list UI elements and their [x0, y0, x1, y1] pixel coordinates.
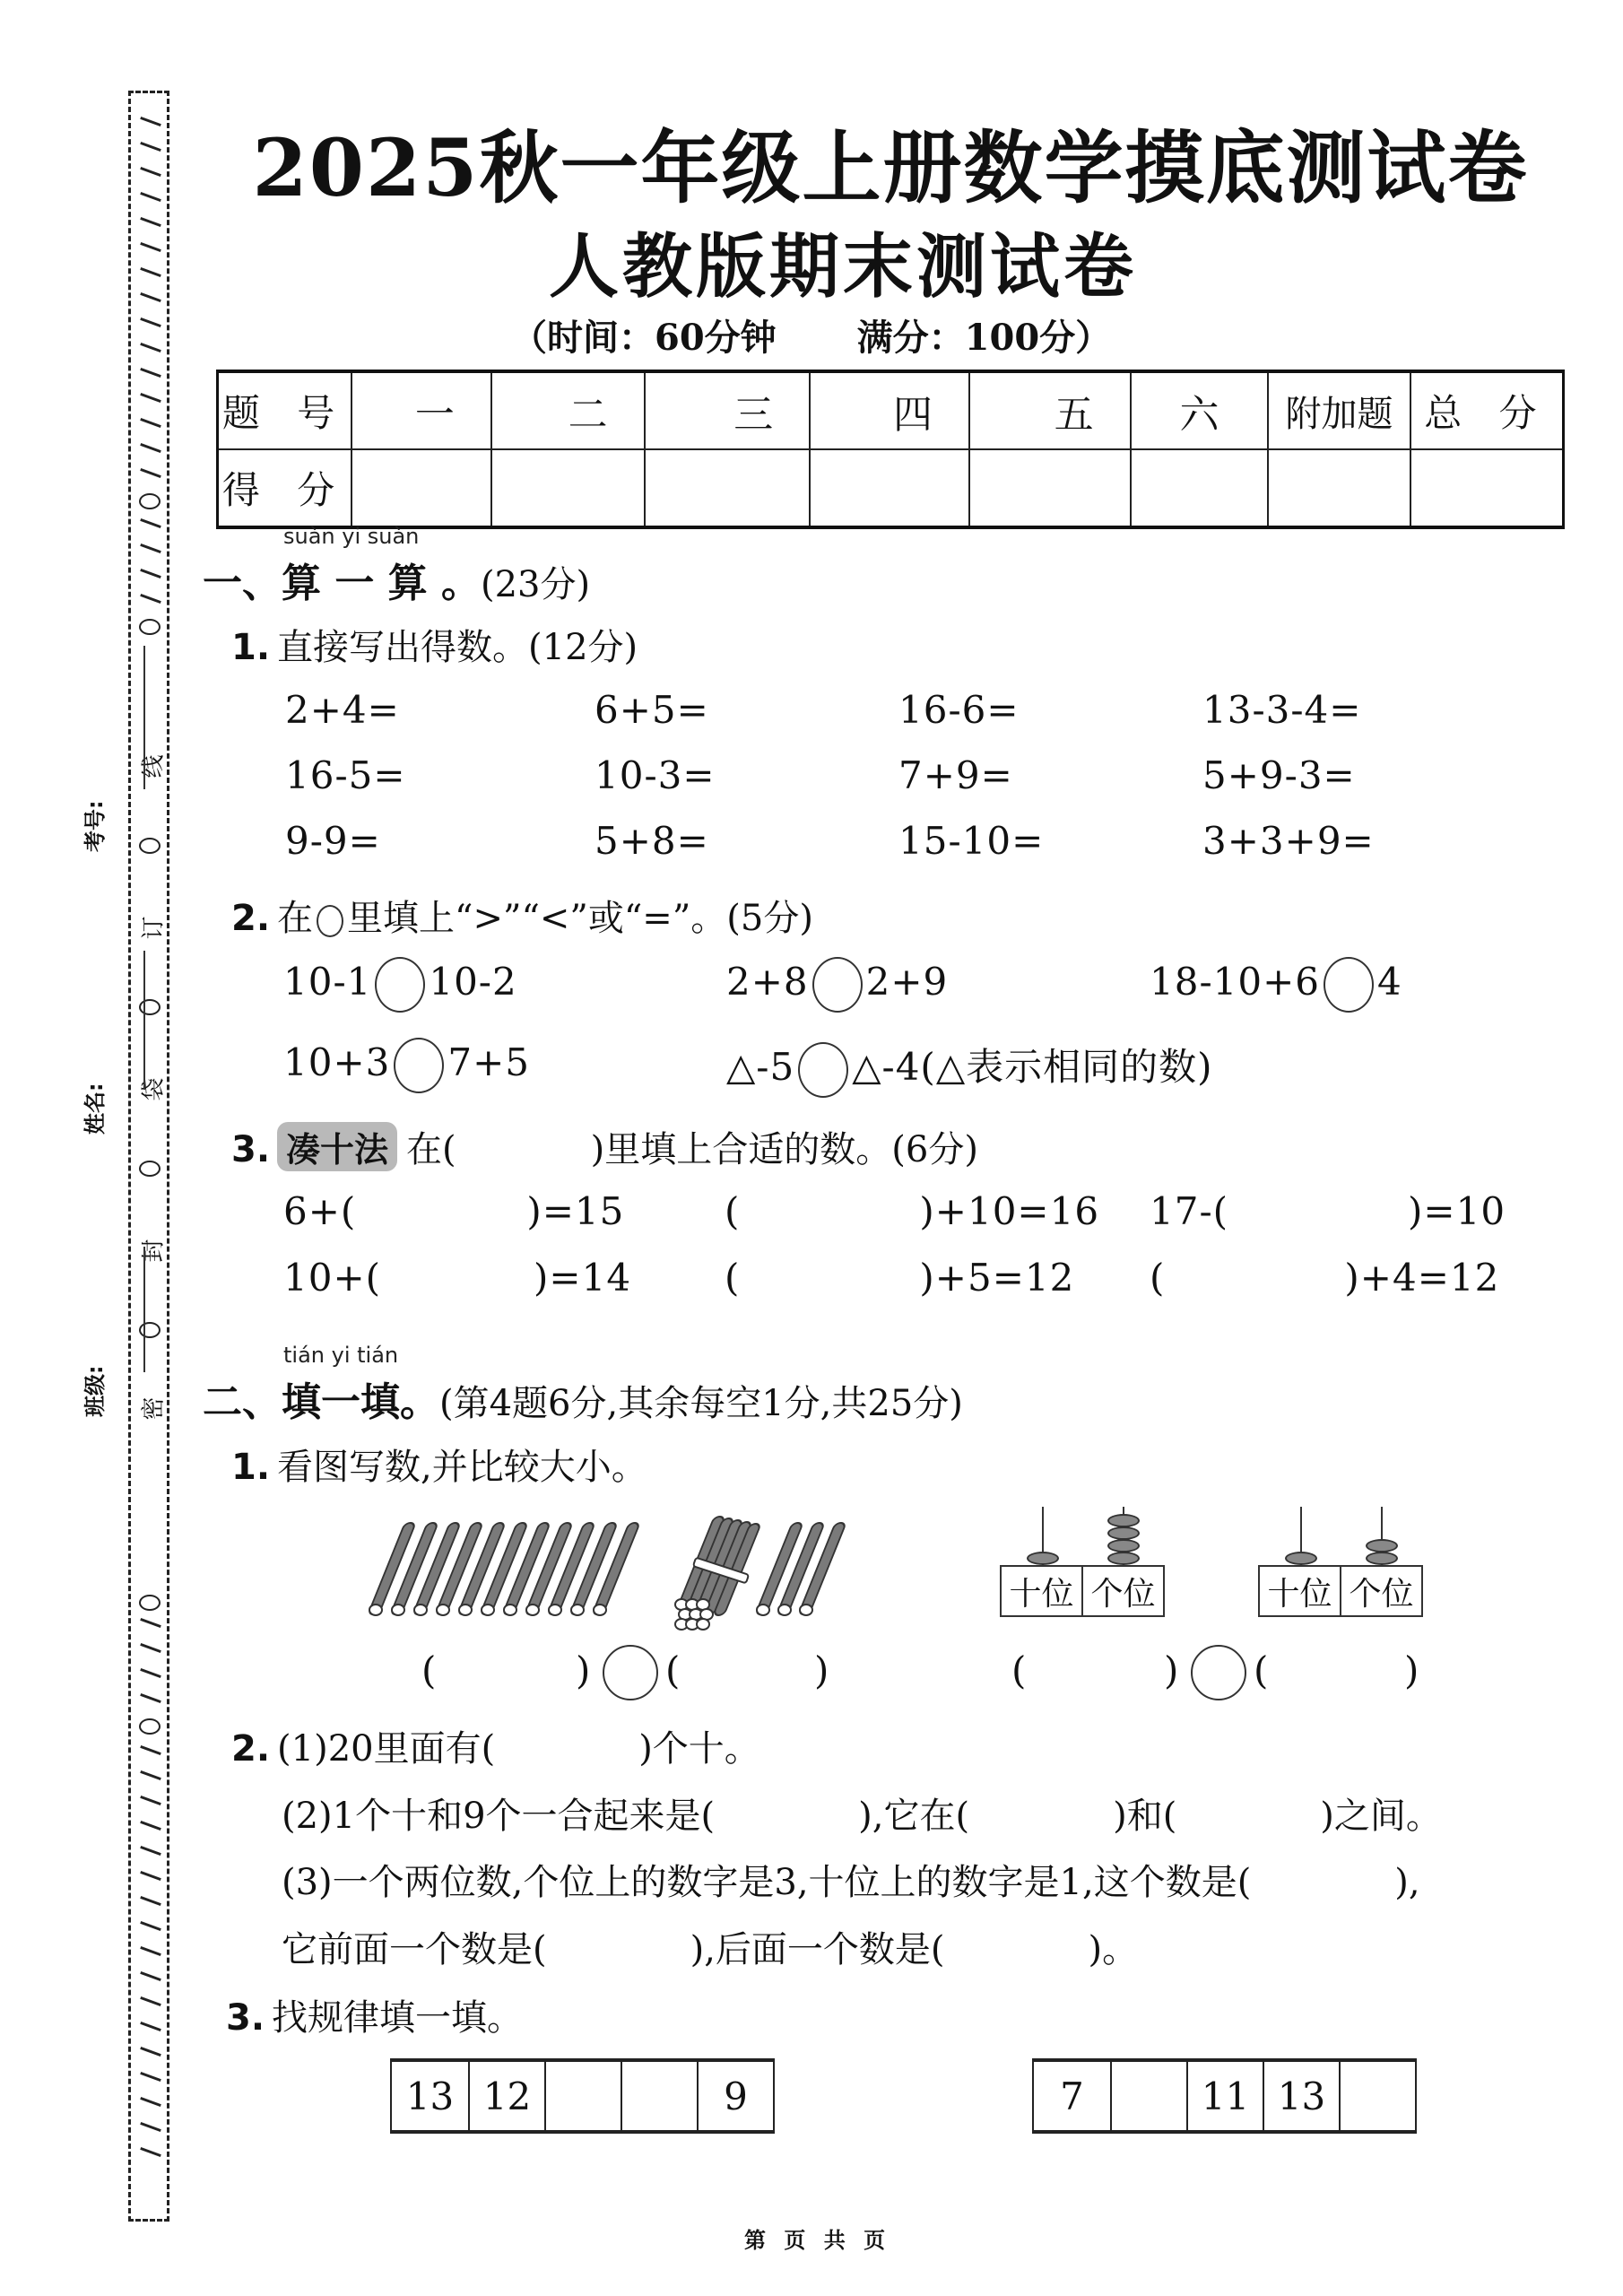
- col-5: 五: [969, 371, 1131, 449]
- page-title: 2025秋一年级上册数学摸底测试卷: [213, 106, 1567, 219]
- question-text: 直接写出得数。(12分): [277, 627, 638, 668]
- abacus-right: 十位个位: [1258, 1507, 1423, 1618]
- answer-circle[interactable]: [394, 1038, 444, 1093]
- hatch-mark: [140, 1745, 161, 1755]
- student-info-label: 班级:: [77, 1365, 108, 1417]
- abacus-bead-icon: [1366, 1552, 1398, 1565]
- abacus-bead-icon: [1107, 1552, 1140, 1565]
- hatch-mark: [140, 1668, 161, 1678]
- hatch-mark: [140, 1846, 161, 1856]
- answer-circle[interactable]: [1324, 957, 1374, 1013]
- question-text: )里填上合适的数。(6分): [591, 1129, 978, 1170]
- col-3: 三: [645, 371, 811, 449]
- hatch-mark: [140, 1921, 161, 1931]
- paren-close: ): [1164, 1648, 1178, 1692]
- question-number: 3.: [226, 1997, 265, 2039]
- expression: 15-10=: [898, 819, 1044, 863]
- sequence-value: 13: [392, 2062, 468, 2130]
- question-number: 2.: [231, 898, 270, 939]
- binding-hole-icon: [139, 1718, 161, 1735]
- hatch-mark: [140, 343, 161, 352]
- hatch-mark: [140, 569, 161, 578]
- comparison-item: △-5△-4(△表示相同的数): [726, 1038, 1213, 1098]
- col-4: 四: [810, 371, 969, 449]
- exam-info: （时间：60分钟满分：100分）: [511, 309, 1111, 361]
- binding-hole-icon: [139, 493, 161, 509]
- score-cell-3[interactable]: [645, 449, 811, 527]
- expression-suffix: )+4=12: [1344, 1256, 1499, 1300]
- expression: 16-5=: [285, 753, 406, 797]
- stick-end: [570, 1604, 585, 1616]
- method-tag: 凑十法: [277, 1122, 397, 1171]
- hatch-mark: [140, 594, 161, 604]
- hatch-mark: [140, 1796, 161, 1805]
- ones-label: 个位: [1081, 1567, 1163, 1615]
- s2-q1-heading: 1.看图写数,并比较大小。: [231, 1439, 647, 1490]
- hatch-mark: [140, 217, 161, 227]
- question-number: 1.: [231, 1447, 270, 1488]
- tens-label: 十位: [1002, 1567, 1081, 1615]
- expression: 10-3=: [595, 753, 716, 797]
- full-score: 满分：100分）: [857, 317, 1112, 359]
- hatch-mark: [140, 443, 161, 453]
- abacus-bead-icon: [1107, 1539, 1140, 1552]
- abacus-bead-icon: [1285, 1552, 1317, 1565]
- hatch-mark: [140, 1871, 161, 1881]
- paren-close: ): [814, 1648, 829, 1692]
- binding-strip-char: 封: [135, 1236, 169, 1266]
- score-cell-6[interactable]: [1131, 449, 1269, 527]
- paren-open: (: [421, 1648, 436, 1692]
- section2-points: (第4题6分,其余每空1分,共25分): [439, 1383, 963, 1424]
- write-line[interactable]: [143, 646, 145, 789]
- comparison-item: 18-10+64: [1150, 957, 1402, 1013]
- abacus-left: 十位个位: [1000, 1507, 1165, 1618]
- binding-hole-icon: [139, 1322, 161, 1338]
- score-cell-5[interactable]: [969, 449, 1131, 527]
- question-text: 在: [277, 898, 313, 939]
- stick-end: [391, 1604, 405, 1616]
- hatch-mark: [140, 1770, 161, 1780]
- s1-q2-heading: 2.在里填上“>”“<”或“=”。(5分): [231, 890, 813, 941]
- expression-prefix: (: [725, 1189, 740, 1233]
- left-expression: △-5: [726, 1045, 794, 1089]
- statement-text: 它前面一个数是( ),后面一个数是( )。: [282, 1929, 1138, 1970]
- binding-strip: 密封袋订线: [128, 91, 169, 2222]
- right-expression: 10-2: [429, 960, 516, 1004]
- write-line[interactable]: [143, 1247, 145, 1372]
- binding-hole-icon: [139, 999, 161, 1015]
- expression: 9-9=: [285, 819, 381, 863]
- hatch-mark: [140, 1643, 161, 1653]
- statement-line: 2.(1)20里面有( )个十。: [231, 1720, 760, 1771]
- sequence-blank[interactable]: [1339, 2062, 1415, 2130]
- question-text: 里填上“>”“<”或“=”。(5分): [347, 898, 813, 939]
- hatch-mark: [140, 1996, 161, 2006]
- statement-text: (2)1个十和9个一合起来是( ),它在( )和( )之间。: [282, 1796, 1442, 1837]
- section2-title: 二、填一填。: [203, 1379, 439, 1425]
- statement-line: 它前面一个数是( ),后面一个数是( )。: [282, 1921, 1138, 1972]
- question-number: 3.: [231, 1129, 270, 1170]
- paren-open: (: [665, 1648, 680, 1692]
- answer-circle[interactable]: [798, 1042, 848, 1098]
- compare-circle[interactable]: [603, 1645, 658, 1700]
- binding-strip-char: 袋: [135, 1074, 169, 1105]
- question-text: 在(: [406, 1129, 456, 1170]
- statement-text: (1)20里面有( )个十。: [277, 1728, 760, 1770]
- hatch-mark: [140, 393, 161, 403]
- question-text: 看图写数,并比较大小。: [277, 1447, 647, 1488]
- binding-hole-icon: [139, 619, 161, 635]
- expression-suffix: )=10: [1408, 1189, 1506, 1233]
- hatch-mark: [140, 2147, 161, 2157]
- hatch-mark: [140, 544, 161, 553]
- s1-q1-heading: 1.直接写出得数。(12分): [231, 619, 638, 670]
- section1-title: 一、算 一 算 。: [203, 561, 481, 606]
- question-number: 1.: [231, 627, 270, 668]
- sequence-boxes-right: 71113: [1032, 2058, 1417, 2134]
- hatch-mark: [140, 368, 161, 378]
- student-info-label: 姓名:: [77, 1083, 108, 1135]
- score-cell-4[interactable]: [810, 449, 969, 527]
- sequence-blank[interactable]: [621, 2062, 697, 2130]
- col-bonus: 附加题: [1268, 371, 1410, 449]
- expression-suffix: )=14: [534, 1256, 631, 1300]
- stick-end: [413, 1604, 428, 1616]
- score-cell-bonus[interactable]: [1268, 449, 1410, 527]
- sequence-value: 12: [468, 2062, 544, 2130]
- col-2: 二: [491, 371, 645, 449]
- binding-strip-char: 订: [135, 913, 169, 944]
- hatch-mark: [140, 418, 161, 428]
- hatch-mark: [140, 1693, 161, 1703]
- student-info-label: 考号:: [77, 800, 108, 852]
- section1-pinyin: suàn yi suàn: [283, 524, 419, 549]
- score-table: 题 号 一 二 三 四 五 六 附加题 总 分 得 分: [216, 370, 1565, 529]
- score-table-score-row: 得 分: [218, 449, 1564, 527]
- time-limit: （时间：60分钟: [511, 317, 777, 359]
- paren-close: ): [576, 1648, 590, 1692]
- compare-circle[interactable]: [1191, 1645, 1246, 1700]
- hatch-mark: [140, 468, 161, 478]
- section2-pinyin: tián yi tián: [283, 1343, 398, 1368]
- expression: 2+4=: [285, 688, 400, 732]
- expression: 13-3-4=: [1202, 688, 1361, 732]
- section2-heading: 二、填一填。(第4题6分,其余每空1分,共25分): [203, 1370, 963, 1427]
- answer-blank[interactable]: [439, 1648, 571, 1693]
- answer-blank[interactable]: [1029, 1648, 1159, 1693]
- stick-end: [503, 1604, 517, 1616]
- col-total: 总 分: [1410, 371, 1564, 449]
- abacus-bead-icon: [1027, 1552, 1059, 1565]
- statement-line: (2)1个十和9个一合起来是( ),它在( )和( )之间。: [282, 1787, 1442, 1839]
- stick-end: [756, 1604, 770, 1616]
- page-subtitle: 人教版期末测试卷: [502, 211, 1184, 311]
- fill-blank-item: ()+4=12: [1150, 1256, 1499, 1300]
- fill-blank-item: ()+10=16: [725, 1189, 1099, 1233]
- hatch-mark: [140, 167, 161, 177]
- left-expression: 10-1: [283, 960, 371, 1004]
- expression-prefix: 6+(: [283, 1189, 356, 1233]
- hatch-mark: [140, 2072, 161, 2082]
- fill-blank-item: 6+()=15: [283, 1189, 624, 1233]
- fill-blank-item: ()+5=12: [725, 1256, 1074, 1300]
- paren-open: (: [1011, 1648, 1026, 1692]
- hatch-mark: [140, 267, 161, 277]
- question-text: 找规律填一填。: [272, 1997, 523, 2039]
- hatch-mark: [140, 1896, 161, 1906]
- expression-suffix: )+5=12: [919, 1256, 1074, 1300]
- section1-points: (23分): [481, 564, 590, 605]
- stick-end: [548, 1604, 562, 1616]
- hatch-mark: [140, 192, 161, 202]
- section1-heading: 一、算 一 算 。(23分): [203, 551, 590, 608]
- binding-strip-char: 密: [135, 1394, 169, 1424]
- fill-blank-item: 17-()=10: [1150, 1189, 1506, 1233]
- expression: 3+3+9=: [1202, 819, 1375, 863]
- expression-prefix: 17-(: [1150, 1189, 1228, 1233]
- stick-end: [436, 1604, 450, 1616]
- comparison-item: 10+37+5: [283, 1038, 530, 1093]
- score-label: 得 分: [218, 449, 352, 527]
- abacus-bead-icon: [1107, 1514, 1140, 1527]
- write-line[interactable]: [143, 951, 145, 1090]
- stick-end: [369, 1604, 383, 1616]
- right-expression: △-4(△表示相同的数): [852, 1045, 1212, 1089]
- binding-hole-icon: [139, 1161, 161, 1177]
- expression-prefix: 10+(: [283, 1256, 381, 1300]
- stick-end: [458, 1604, 473, 1616]
- sequence-boxes-left: 13129: [390, 2058, 775, 2134]
- comparison-item: 2+82+9: [726, 957, 948, 1013]
- statement-line: (3)一个两位数,个位上的数字是3,十位上的数字是1,这个数是( ),: [282, 1854, 1420, 1905]
- binding-strip-char: 线: [135, 752, 169, 782]
- right-expression: 2+9: [866, 960, 949, 1004]
- hatch-mark: [140, 518, 161, 528]
- hatch-mark: [140, 1821, 161, 1831]
- place-value-labels: 十位个位: [1258, 1565, 1423, 1617]
- expression-prefix: (: [1150, 1256, 1165, 1300]
- ones-label: 个位: [1340, 1567, 1421, 1615]
- sequence-blank[interactable]: [544, 2062, 621, 2130]
- expression: 16-6=: [898, 688, 1020, 732]
- left-expression: 18-10+6: [1150, 960, 1320, 1004]
- bundle-end: [696, 1618, 710, 1631]
- score-cell-2[interactable]: [491, 449, 645, 527]
- statement-text: (3)一个两位数,个位上的数字是3,十位上的数字是1,这个数是( ),: [282, 1862, 1420, 1903]
- score-cell-1[interactable]: [352, 449, 491, 527]
- page-footer: 第 页 共 页: [744, 2222, 890, 2254]
- circle-icon: [317, 905, 343, 937]
- right-expression: 4: [1377, 960, 1402, 1004]
- hatch-mark: [140, 2022, 161, 2031]
- expression-suffix: )=15: [526, 1189, 624, 1233]
- sequence-blank[interactable]: [1110, 2062, 1186, 2130]
- answer-circle[interactable]: [375, 957, 425, 1013]
- abacus-bead-icon: [1107, 1526, 1140, 1540]
- hatch-mark: [140, 292, 161, 302]
- expression-prefix: (: [725, 1256, 740, 1300]
- fill-blank-item: 10+()=14: [283, 1256, 631, 1300]
- paren-close: ): [1404, 1648, 1419, 1692]
- question-number: 2.: [231, 1728, 270, 1770]
- expression-suffix: )+10=16: [919, 1189, 1099, 1233]
- stick-end: [799, 1604, 813, 1616]
- binding-hole-icon: [139, 1595, 161, 1611]
- col-6: 六: [1131, 371, 1269, 449]
- hatch-mark: [140, 317, 161, 327]
- hatch-mark: [140, 117, 161, 126]
- s2-q3-heading: 3.找规律填一填。: [226, 1989, 523, 2040]
- expression: 7+9=: [898, 753, 1013, 797]
- hatch-mark: [140, 1946, 161, 1956]
- stick-end: [593, 1604, 607, 1616]
- sequence-value: 9: [697, 2062, 773, 2130]
- hatch-mark: [140, 242, 161, 252]
- stick-end: [481, 1604, 495, 1616]
- expression: 5+9-3=: [1202, 753, 1356, 797]
- right-expression: 7+5: [447, 1040, 530, 1084]
- abacus-bead-icon: [1366, 1539, 1398, 1552]
- hatch-mark: [140, 1618, 161, 1628]
- sequence-value: 11: [1186, 2062, 1263, 2130]
- answer-blank[interactable]: [1271, 1648, 1400, 1693]
- hatch-mark: [140, 2097, 161, 2107]
- question-number-label: 题 号: [218, 371, 352, 449]
- expression: 6+5=: [595, 688, 709, 732]
- s1-q3-heading: 3.凑十法在()里填上合适的数。(6分): [231, 1121, 978, 1172]
- left-expression: 2+8: [726, 960, 809, 1004]
- paren-open: (: [1254, 1648, 1268, 1692]
- col-1: 一: [352, 371, 491, 449]
- answer-circle[interactable]: [812, 957, 863, 1013]
- hatch-mark: [140, 142, 161, 152]
- hatch-mark: [140, 2122, 161, 2132]
- hatch-mark: [140, 2047, 161, 2057]
- hatch-mark: [140, 1971, 161, 1981]
- stick-end: [777, 1604, 792, 1616]
- place-value-labels: 十位个位: [1000, 1565, 1165, 1617]
- binding-hole-icon: [139, 838, 161, 854]
- tens-label: 十位: [1260, 1567, 1340, 1615]
- answer-blank[interactable]: [683, 1648, 810, 1693]
- expression: 5+8=: [595, 819, 709, 863]
- stick-end: [525, 1604, 540, 1616]
- score-cell-total[interactable]: [1410, 449, 1564, 527]
- score-table-header-row: 题 号 一 二 三 四 五 六 附加题 总 分: [218, 371, 1564, 449]
- sequence-value: 13: [1263, 2062, 1339, 2130]
- comparison-item: 10-110-2: [283, 957, 517, 1013]
- sequence-value: 7: [1034, 2062, 1110, 2130]
- left-expression: 10+3: [283, 1040, 390, 1084]
